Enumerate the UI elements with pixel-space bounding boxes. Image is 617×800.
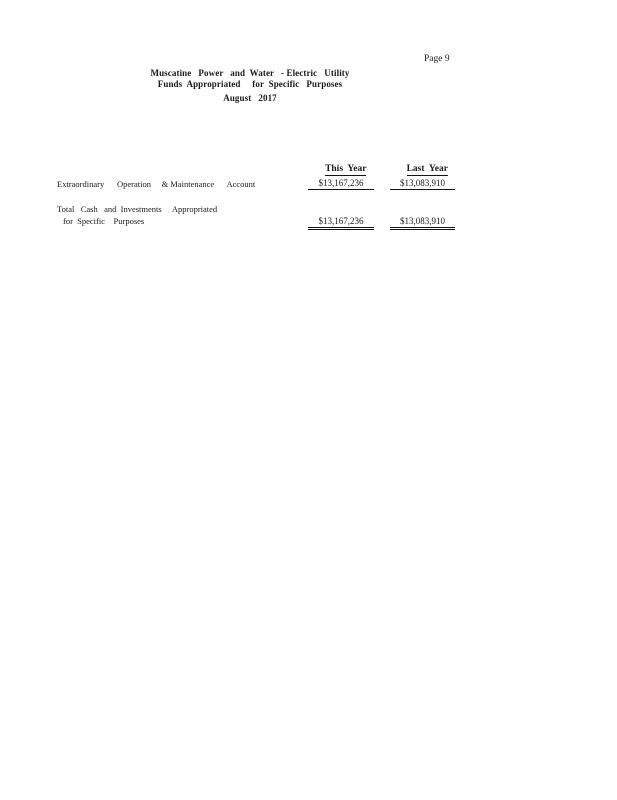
row-label-line-2: for Specific Purposes [63,216,144,226]
column-header-last-year-label: Last Year [407,164,448,176]
total-this-year: $13,167,236 [308,216,374,230]
report-period: August 2017 [0,93,500,103]
report-title-subject: Funds Appropriated for Specific Purposes [0,79,500,89]
total-last-year: $13,083,910 [390,216,455,230]
amount-this-year: $13,167,236 [308,178,374,190]
column-header-this-year-label: This Year [325,164,366,176]
report-title-organization: Muscatine Power and Water - Electric Uti… [0,68,500,78]
row-label: Extraordinary Operation & Maintenance Ac… [57,179,255,189]
page-number: Page 9 [424,54,450,64]
amount-last-year: $13,083,910 [390,178,455,190]
row-label-line-1: Total Cash and Investments Appropriated [57,204,217,214]
